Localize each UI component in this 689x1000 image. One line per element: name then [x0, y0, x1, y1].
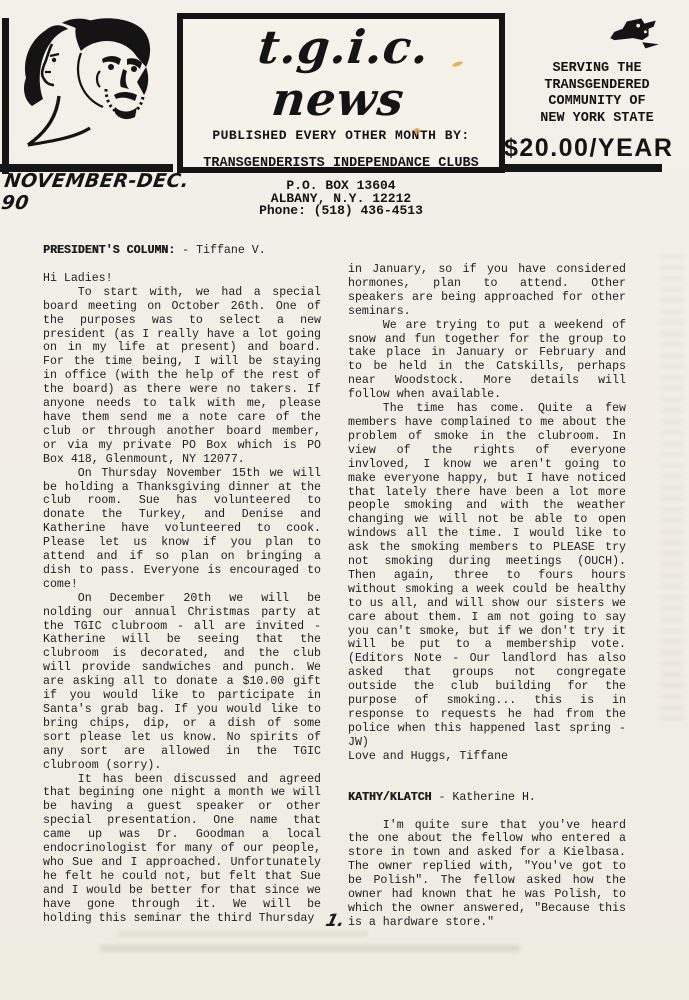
presidents-column-heading: PRESIDENT'S COLUMN: - Tiffane V.: [43, 244, 321, 258]
heading-title: PRESIDENT'S COLUMN:: [43, 244, 175, 257]
masthead-title-box: t.g.i.c. news PUBLISHED EVERY OTHER MONT…: [177, 13, 505, 173]
article-paragraph: The time has come. Quite a few members h…: [348, 402, 626, 750]
left-column: PRESIDENT'S COLUMN: - Tiffane V. Hi Ladi…: [43, 244, 321, 926]
right-column: in January, so if you have considered ho…: [348, 263, 626, 930]
article-paragraph: I'm quite sure that you've heard the one…: [348, 819, 626, 930]
newsletter-page: NOVEMBER-DEC. 90 t.g.i.c. news PUBLISHED…: [0, 0, 689, 1000]
subscription-price: $20.00/YEAR: [504, 134, 668, 163]
article-paragraph: To start with, we had a special board me…: [43, 286, 321, 467]
left-border-rule: [2, 18, 9, 174]
article-paragraph: in January, so if you have considered ho…: [348, 263, 626, 319]
tagline-line: NEW YORK STATE: [522, 111, 672, 128]
address-phone: Phone: (518) 436-4513: [183, 205, 499, 218]
organization-name: TRANSGENDERISTS INDEPENDANCE CLUBS: [183, 156, 499, 171]
tagline-line: TRANSGENDERED: [522, 78, 672, 95]
signoff: Love and Huggs, Tiffane: [348, 750, 626, 764]
article-paragraph: On Thursday November 15th we will be hol…: [43, 467, 321, 592]
address-block: P.O. BOX 13604 ALBANY, N.Y. 12212 Phone:…: [183, 180, 499, 218]
heading-byline: - Tiffane V.: [182, 244, 266, 257]
new-york-state-icon: [604, 15, 662, 57]
article-paragraph: We are trying to put a weekend of snow a…: [348, 319, 626, 402]
bleedthrough-ghost: [660, 255, 684, 725]
salutation: Hi Ladies!: [43, 272, 321, 286]
tagline: SERVING THE TRANSGENDERED COMMUNITY OF N…: [522, 61, 672, 127]
published-line: PUBLISHED EVERY OTHER MONTH BY:: [183, 128, 499, 143]
article-paragraph: It has been discussed and agreed that be…: [43, 773, 321, 926]
price-underline-rule: [500, 164, 662, 172]
article-paragraph: On December 20th we will be nolding our …: [43, 592, 321, 773]
tagline-line: SERVING THE: [522, 61, 672, 78]
heading-byline: - Katherine H.: [438, 791, 535, 804]
newsletter-title: t.g.i.c. news: [178, 21, 505, 125]
bleedthrough-ghost: [100, 945, 520, 952]
bleedthrough-ghost: [118, 931, 368, 937]
two-faces-logo-icon: [10, 14, 166, 162]
kathy-klatch-heading: KATHY/KLATCH - Katherine H.: [348, 791, 626, 805]
heading-title: KATHY/KLATCH: [348, 791, 432, 804]
tagline-line: COMMUNITY OF: [522, 94, 672, 111]
page-number: 1.: [324, 911, 347, 931]
